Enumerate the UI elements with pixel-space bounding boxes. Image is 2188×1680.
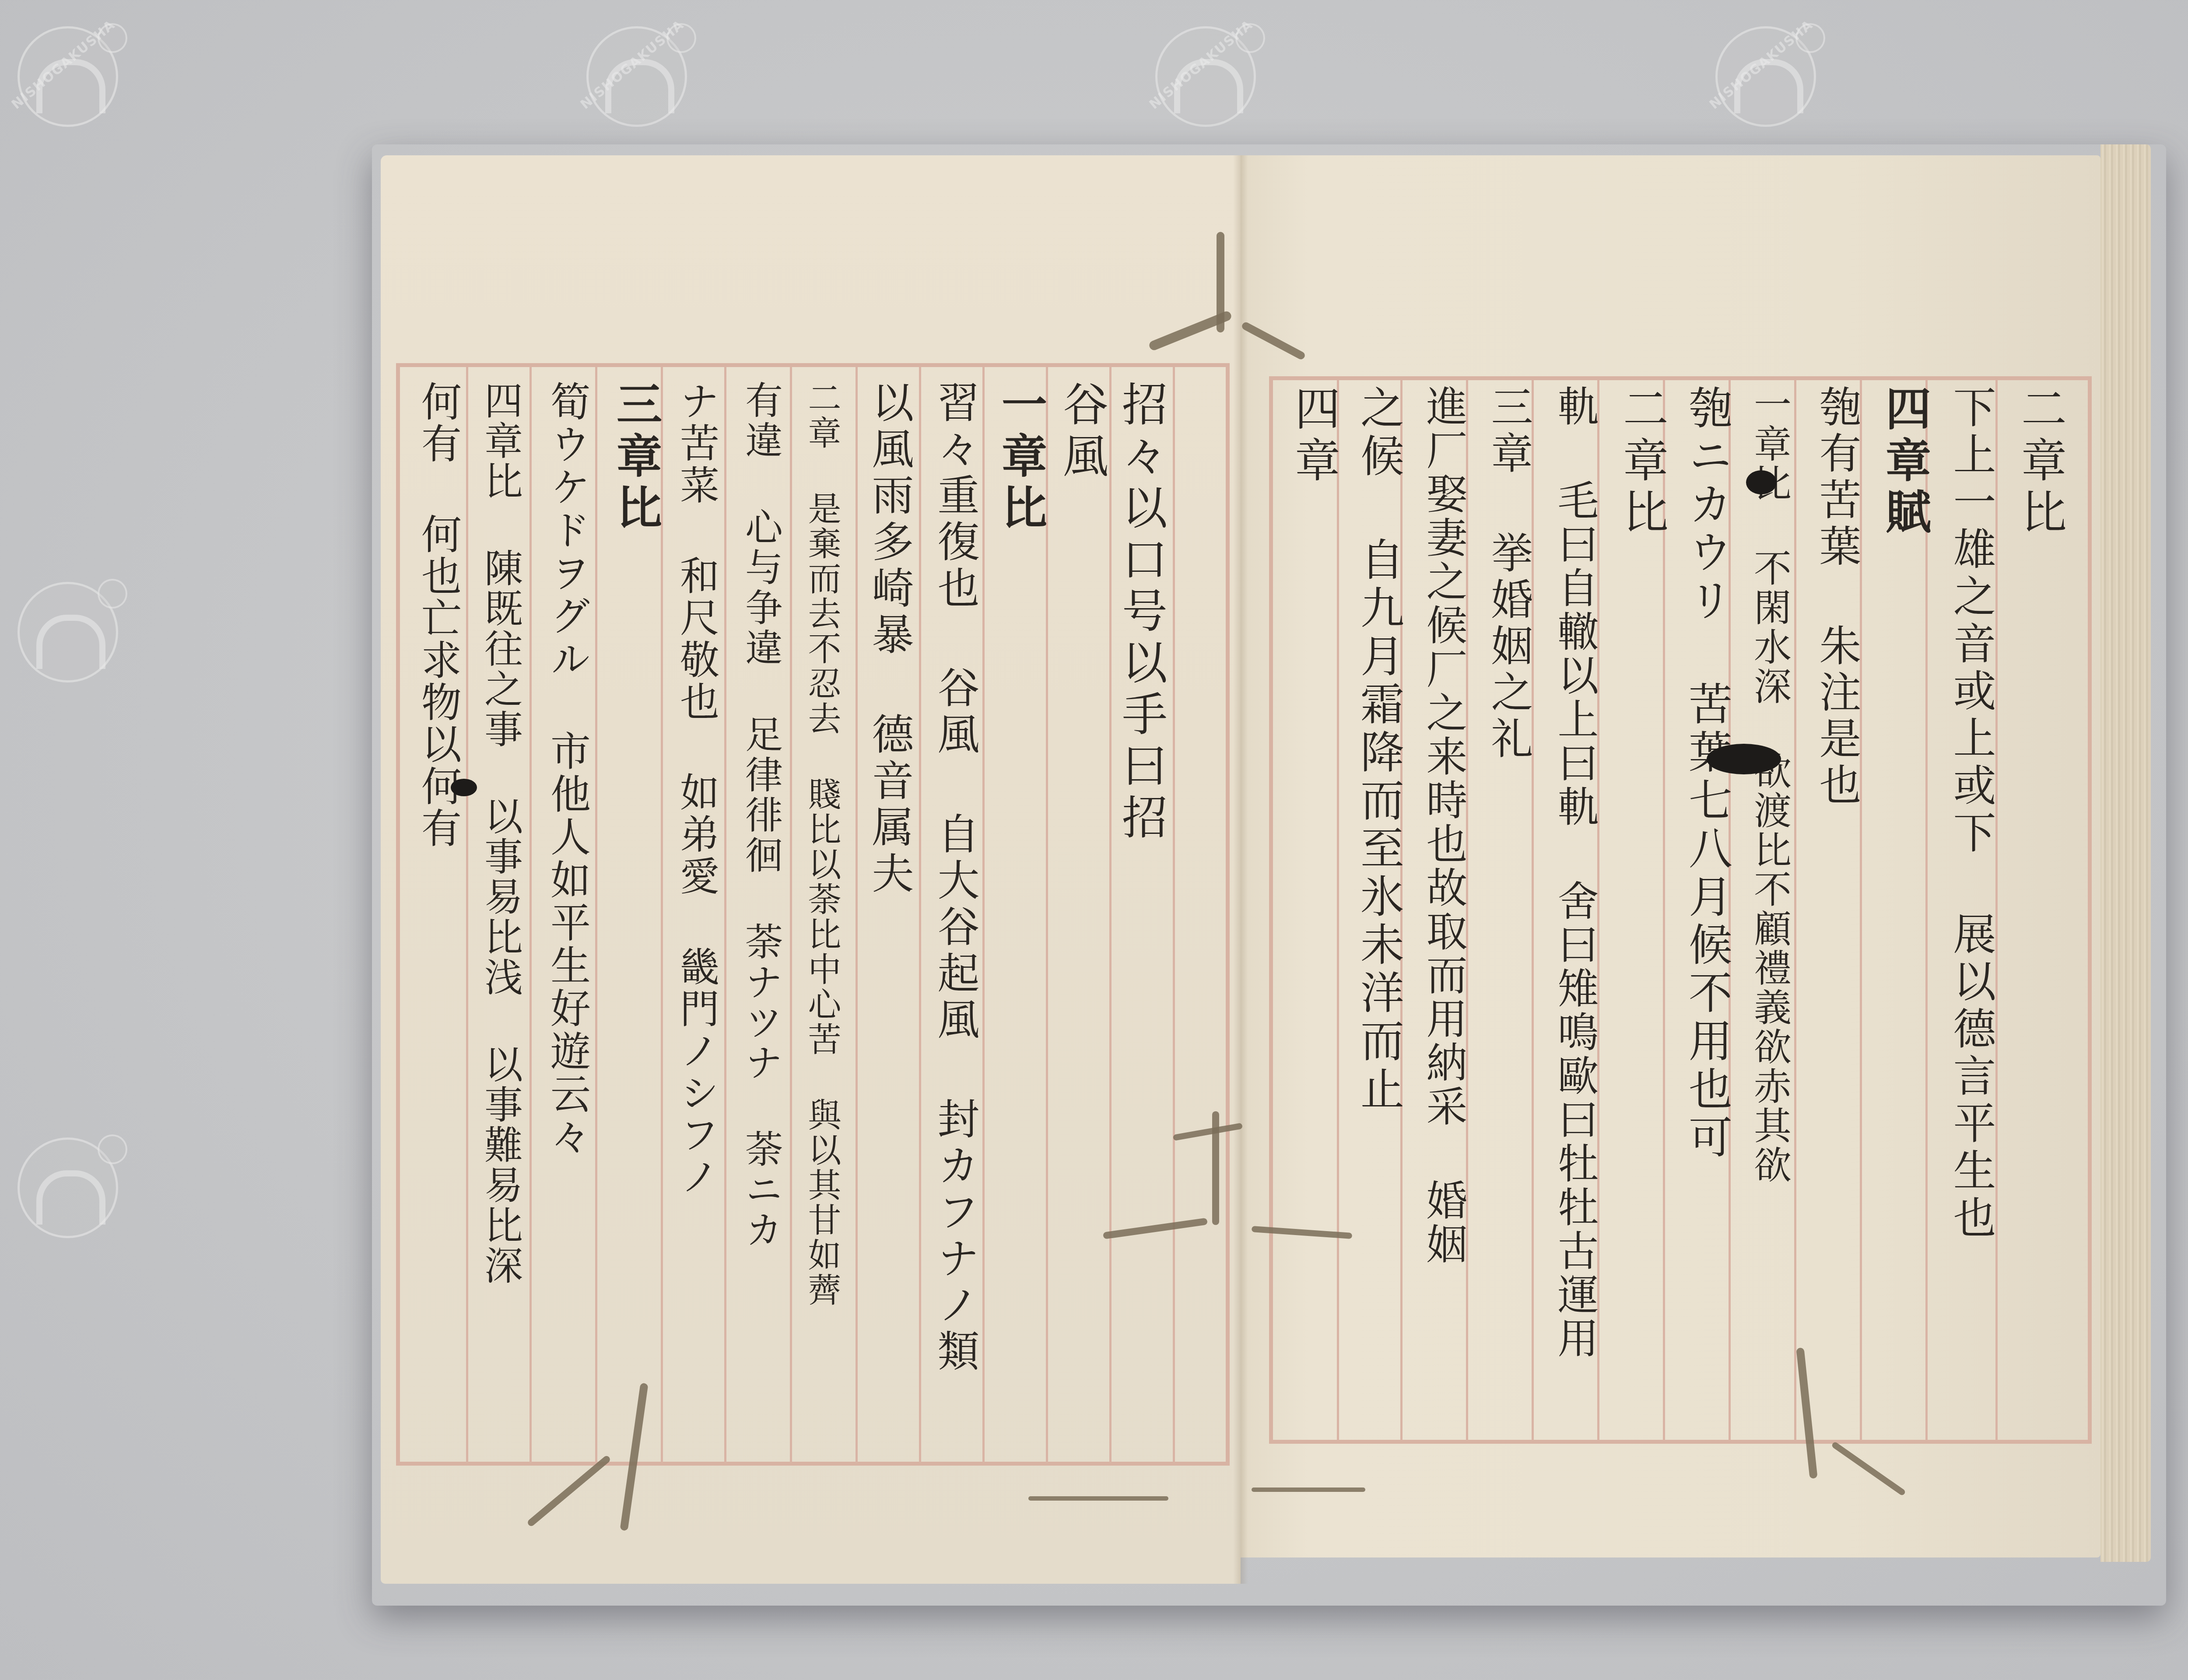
column-rule	[856, 367, 858, 1463]
column-rule	[466, 367, 468, 1463]
text-column: 下上一雄之音或上或下 展以德言平生也	[1950, 385, 1992, 1242]
text-column: 筍ウケドヲグル 市他人如平生好遊云々	[547, 381, 587, 1159]
ink-blot	[451, 779, 477, 796]
page-stack-edge	[2100, 144, 2151, 1562]
column-rule	[790, 367, 792, 1463]
text-column-heading: 二章比	[2017, 385, 2063, 540]
column-rule	[1173, 367, 1175, 1463]
binding-thread	[1028, 1496, 1168, 1501]
column-rule	[1337, 380, 1339, 1441]
text-column-heading: 一章比	[998, 381, 1043, 535]
column-rule	[529, 367, 532, 1463]
column-rule	[1794, 380, 1796, 1441]
text-column-heading: 四章賦	[1882, 385, 1927, 540]
text-column: 軌 毛曰自轍以上曰軌 舍曰雉鳴歐曰牡牡古運用	[1553, 385, 1595, 1361]
text-column: 進厂娶妻之候厂之来時也故取而用納采 婚姻	[1422, 385, 1463, 1267]
column-rule	[724, 367, 726, 1463]
column-rule	[595, 367, 597, 1463]
text-column: 招々以口号以手曰招	[1118, 381, 1164, 845]
column-rule	[982, 367, 985, 1463]
text-column: 四章比 陳既往之事 以事易比浅 以事難易比深	[481, 381, 520, 1286]
text-column: 習々重復也 谷風 自大谷起風 封カフナノ類	[934, 381, 976, 1375]
book-gutter	[1233, 155, 1248, 1584]
text-column: ナ苦菜 和尺敬也 如弟愛 畿門ノシフノ	[676, 381, 715, 1198]
text-column: 一章比 不閑水深 欲渡比不顧禮義欲赤其欲	[1750, 385, 1788, 1185]
ink-blot	[1746, 470, 1777, 494]
text-column-heading: 谷風	[1059, 381, 1105, 484]
column-rule	[1109, 367, 1112, 1463]
text-column-heading: 四章	[1291, 385, 1336, 488]
text-column: 三章 挙婚姻之礼	[1488, 385, 1530, 763]
column-rule	[919, 367, 921, 1463]
text-column: 以風雨多崎暴 德音属夫	[869, 381, 911, 898]
watermark-logo-icon	[18, 1137, 118, 1238]
text-column: 匏ニカウリ 苦葉七八月候不用也可	[1685, 385, 1729, 1162]
text-column: 有違 心与争違 足律徘徊 荼ナツナ 荼ニカ	[742, 381, 779, 1250]
text-column: 二章 是棄而去不忍去 賤比以荼比中心苦 與以其甘如薺	[805, 381, 838, 1308]
watermark-logo-icon	[18, 582, 118, 682]
text-column: 匏有苦葉 朱注是也	[1816, 385, 1858, 809]
binding-thread	[1252, 1487, 1365, 1492]
text-column: 何有 何也亡求物以何有	[418, 381, 458, 849]
text-column-heading: 二章比	[1619, 385, 1665, 540]
text-column-heading: 三章比	[613, 381, 658, 535]
ink-blot	[1707, 744, 1781, 774]
text-column: 之候 自九月霜降而至氷未洋而止	[1357, 385, 1400, 1114]
